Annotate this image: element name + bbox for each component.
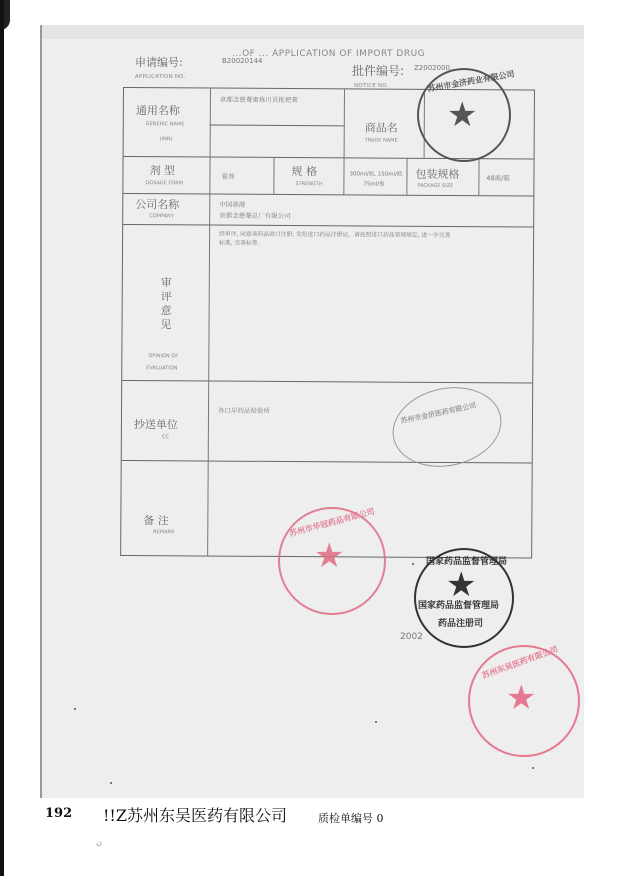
dosage-form-label: 剂 型 [149, 162, 175, 178]
page-number: 192 [45, 806, 72, 821]
dosage-form-value: 膏剂 [221, 173, 234, 182]
column-divider [406, 158, 407, 195]
column-divider [478, 158, 479, 195]
star-icon: ★ [447, 98, 477, 132]
cc-value: 各口岸药品检验所 [218, 407, 270, 416]
dosage-form-label-en: DOSAGE FORM [145, 180, 183, 186]
application-no-value: B20020144 [222, 57, 262, 65]
scan-speck [110, 782, 112, 784]
cc-label-en: CC [162, 434, 169, 440]
scan-speck [375, 721, 377, 723]
scan-speck [532, 767, 534, 769]
package-size-value: 48瓶/箱 [486, 174, 510, 183]
strength-label: 规 格 [291, 163, 317, 179]
company-seal-stamp-top: ★ 苏州市金济药业有限公司 [417, 68, 511, 162]
strength-value-1: 300ml/瓶, 150ml/瓶 [349, 170, 402, 179]
red-dongwu-seal-stamp: ★ 苏州东吴医药有限公司 [468, 645, 580, 757]
column-divider [273, 157, 274, 194]
trade-name-label-en: TRADE NAME [365, 137, 398, 143]
row-divider [123, 193, 533, 197]
strength-label-en: STRENGTH [295, 181, 322, 187]
trade-name-label: 商品名 [365, 119, 398, 135]
sfda-stamp-date: 2002 [400, 632, 423, 642]
scan-speck [412, 563, 414, 565]
remark-label: 备 注 [143, 512, 169, 528]
strength-value-2: 75ml/瓶 [363, 180, 384, 189]
star-icon: ★ [506, 681, 536, 715]
scan-edge [0, 0, 4, 876]
company-label-en: COMPANY [149, 213, 174, 219]
qc-number-label: 质检单编号 0 [318, 810, 384, 826]
scan-mark: ن [96, 838, 102, 847]
scan-speck [74, 708, 76, 710]
application-no-label-en: APPLICATION NO. [135, 74, 185, 80]
cc-label: 抄送单位 [134, 416, 178, 432]
notice-no-label: 批件编号: [352, 62, 404, 79]
generic-name-label: 通用名称 [136, 102, 180, 118]
sfda-official-seal-stamp: ★ 国家药品监督管理局 国家药品监督管理局 药品注册司 [414, 548, 514, 648]
star-icon: ★ [314, 539, 344, 573]
column-divider [207, 89, 211, 556]
evaluation-label-en-1: OPINION OF [148, 353, 178, 359]
package-size-label: 包装规格 [415, 166, 459, 182]
column-divider [343, 157, 344, 194]
company-value-1: 中国香港 [219, 201, 245, 210]
evaluation-value-2: 标准, 完善标签。 [219, 240, 263, 249]
evaluation-label-en-2: EVALUATION [146, 365, 177, 371]
column-divider [344, 89, 345, 157]
cell-divider [210, 125, 344, 127]
evaluation-label-char: 见 [161, 316, 172, 332]
star-icon: ★ [446, 568, 476, 602]
generic-name-value: 京都念慈菴蜜炼川贝枇杷膏 [220, 96, 298, 105]
generic-name-inn: (INN) [160, 136, 173, 142]
application-no-label: 申请编号: [135, 54, 183, 70]
row-divider [122, 380, 532, 384]
company-label: 公司名称 [135, 196, 179, 212]
row-divider [122, 460, 532, 464]
package-size-label-en: PACKAGE SIZE [417, 183, 453, 189]
company-value-2: 京都念慈菴总厂有限公司 [219, 212, 291, 221]
footer-company-name: !!Z苏州东吴医药有限公司 [103, 803, 287, 826]
red-company-seal-stamp: ★ 苏州市华冠药品有限公司 [278, 507, 386, 615]
remark-label-en: REMARK [153, 529, 174, 535]
row-divider [123, 224, 533, 228]
generic-name-label-en: GENERIC NAME [146, 121, 185, 127]
